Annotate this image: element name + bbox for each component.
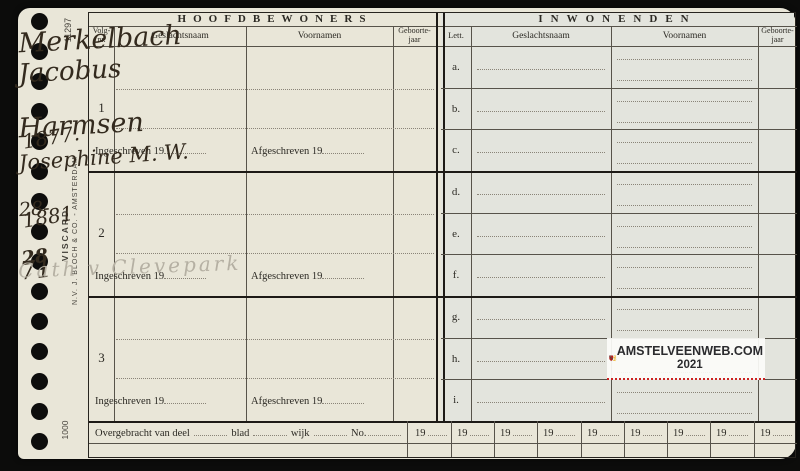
year-prefix: 19 — [716, 428, 727, 439]
footer-separator — [89, 421, 797, 423]
column-rule — [114, 26, 115, 421]
brand-name: VISCARD — [60, 165, 71, 305]
footer-cell-rule — [624, 421, 625, 457]
year-cell-main: 19 — [415, 426, 447, 439]
row-number: 3 — [89, 350, 114, 366]
write-line — [617, 392, 752, 393]
year-cell: 19 — [673, 426, 705, 439]
wijk-label: wijk — [291, 428, 310, 439]
write-line — [617, 330, 752, 331]
blad-label: blad — [231, 428, 249, 439]
ingeschreven-label: Ingeschreven 19 — [95, 394, 206, 407]
dotted-leader — [253, 426, 286, 436]
write-line — [617, 288, 752, 289]
footer-row-rule — [89, 443, 797, 444]
dotted-leader — [194, 426, 227, 436]
ingeschreven-text: Ingeschreven 19 — [95, 396, 164, 407]
punch-hole — [31, 373, 48, 390]
write-line — [477, 236, 605, 237]
year-prefix: 19 — [673, 428, 684, 439]
year-prefix: 19 — [500, 428, 511, 439]
write-line — [116, 378, 434, 379]
year-cell: 19 — [760, 426, 792, 439]
punch-hole — [31, 313, 48, 330]
dotted-leader — [368, 426, 401, 436]
dotted-leader — [773, 426, 793, 436]
write-line — [617, 59, 752, 60]
dotted-leader — [686, 426, 706, 436]
year-prefix: 19 — [760, 428, 771, 439]
dotted-leader — [470, 426, 490, 436]
year-prefix: 19 — [415, 428, 426, 439]
dotted-leader — [513, 426, 533, 436]
watermark-site: AMSTELVEENWEB.COM — [617, 344, 763, 358]
year-prefix: 19 — [543, 428, 554, 439]
year-cell: 19 — [716, 426, 748, 439]
punch-hole — [31, 403, 48, 420]
punch-hole — [31, 433, 48, 450]
write-line — [617, 267, 752, 268]
write-line — [617, 413, 752, 414]
write-line — [477, 319, 605, 320]
watermark-box: AMSTELVEENWEB.COM 2021 — [607, 338, 765, 380]
footer-cell-rule — [667, 421, 668, 457]
write-line — [617, 142, 752, 143]
printer-brand: VISCARD N.V. J. BLOCH & CO. - AMSTERDAM — [60, 165, 84, 305]
lion-icon — [613, 356, 616, 361]
letter-label: h. — [441, 353, 471, 365]
overgebracht-label: Overgebracht van deel — [95, 428, 190, 439]
punch-hole — [31, 343, 48, 360]
year-prefix: 19 — [587, 428, 598, 439]
dotted-leader — [600, 426, 620, 436]
footer-cell-rule — [710, 421, 711, 457]
letter-label: i. — [441, 394, 471, 406]
stock-number: 1000 — [60, 410, 72, 450]
no-label: No. — [351, 428, 366, 439]
year-cell: 19 — [543, 426, 575, 439]
year-cell: 19 — [500, 426, 532, 439]
footer-cell-rule — [494, 421, 495, 457]
overgebracht-line: Overgebracht van deel blad wijk No. — [95, 426, 401, 439]
dotted-leader — [164, 394, 206, 404]
dotted-leader — [729, 426, 749, 436]
watermark-year: 2021 — [617, 359, 763, 372]
dotted-leader — [643, 426, 663, 436]
year-cell: 19 — [630, 426, 662, 439]
amstelveen-coat-of-arms-icon — [609, 340, 617, 376]
footer-cell-rule — [537, 421, 538, 457]
dotted-leader — [314, 426, 347, 436]
footer-cell-rule — [581, 421, 582, 457]
watermark-text: AMSTELVEENWEB.COM 2021 — [617, 344, 763, 372]
group-separator — [89, 296, 797, 298]
write-line — [477, 402, 605, 403]
dotted-leader — [428, 426, 448, 436]
write-line — [617, 309, 752, 310]
punch-hole — [31, 283, 48, 300]
write-line — [477, 277, 605, 278]
year-cell: 19 — [587, 426, 619, 439]
year-prefix: 19 — [630, 428, 641, 439]
write-line — [116, 339, 434, 340]
afgeschreven-text: Afgeschreven 19 — [251, 396, 322, 407]
year-cell: 19 — [457, 426, 489, 439]
year-prefix: 19 — [457, 428, 468, 439]
dotted-leader — [322, 394, 364, 404]
letter-label: g. — [441, 311, 471, 323]
footer-cell-rule — [407, 421, 408, 457]
letter-label: f. — [441, 269, 471, 281]
write-line — [477, 361, 605, 362]
dotted-leader — [556, 426, 576, 436]
afgeschreven-label: Afgeschreven 19 — [251, 394, 364, 407]
footer-cell-rule — [451, 421, 452, 457]
footer-cell-rule — [754, 421, 755, 457]
write-line — [617, 226, 752, 227]
brand-subtitle: N.V. J. BLOCH & CO. - AMSTERDAM — [71, 165, 80, 305]
register-card: 11297 VISCARD N.V. J. BLOCH & CO. - AMST… — [18, 8, 796, 459]
